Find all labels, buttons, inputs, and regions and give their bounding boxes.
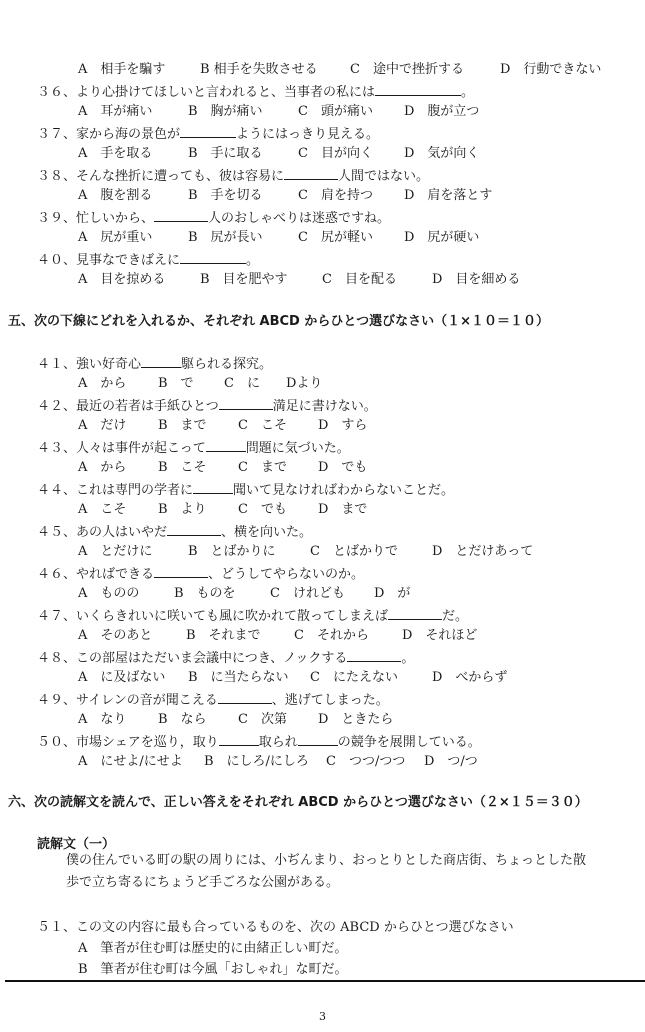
- question-number: ４８、: [37, 651, 76, 666]
- question-text-end: 、逃げてしまった。: [272, 693, 389, 708]
- option-a: A に及ばない: [78, 670, 188, 686]
- option-d: D が: [374, 586, 410, 602]
- q47-options: A そのあとB それまでC それからD それほど: [78, 628, 477, 644]
- passage-line: 歩で立ち寄るにちょうど手ごろな公園がある。: [66, 872, 636, 894]
- question-text: より心掛けてほしいと言われると、当事者の私には: [76, 85, 375, 100]
- q49-options: A なりB ならC 次第D ときたら: [78, 712, 393, 728]
- answer-blank: [180, 251, 246, 264]
- option-d: D 尻が硬い: [404, 230, 479, 246]
- option-c: C 途中で挫折する: [350, 62, 500, 78]
- option-c: C でも: [238, 502, 318, 518]
- option-a: A 耳が痛い: [78, 104, 188, 120]
- option-a: A そのあと: [78, 628, 186, 644]
- answer-blank: [206, 439, 246, 452]
- answer-blank: [219, 733, 259, 746]
- option-b: B ものを: [174, 586, 270, 602]
- option-d: Dより: [286, 376, 322, 392]
- option-d: D 気が向く: [404, 146, 479, 162]
- question-47: ４７、いくらきれいに咲いても風に吹かれて散ってしまえばだ。: [37, 607, 468, 625]
- option-c: C けれども: [270, 586, 374, 602]
- answer-blank: [218, 691, 272, 704]
- question-number: ３９、: [37, 211, 76, 226]
- question-text-end: ようにはっきり見える。: [236, 127, 379, 142]
- option-c: C 尻が軽い: [298, 230, 404, 246]
- answer-blank: [167, 523, 221, 536]
- option-d: D でも: [318, 460, 367, 476]
- option-d: D つ/つ: [424, 754, 478, 770]
- answer-blank: [284, 167, 338, 180]
- question-text-end: 人のおしゃべりは迷惑ですね。: [208, 211, 390, 226]
- answer-blank: [375, 83, 461, 96]
- question-number: ４２、: [37, 399, 76, 414]
- question-51: ５１、この文の内容に最も合っているものを、次の ABCD からひとつ選びなさい: [37, 920, 514, 936]
- question-50: ５０、市場シェアを巡り，取り取られの競争を展開している。: [37, 733, 481, 751]
- q50-options: A にせよ/にせよB にしろ/にしろC つつ/つつD つ/つ: [78, 754, 478, 770]
- option-c: C 目が向く: [298, 146, 404, 162]
- option-b: B とばかりに: [188, 544, 310, 560]
- q41-options: A からB でC にDより: [78, 376, 322, 392]
- option-a: A 手を取る: [78, 146, 188, 162]
- question-40: ４０、見事なできばえに。: [37, 251, 259, 269]
- question-44: ４４、これは専門の学者に聞いて見なければわからないことだ。: [37, 481, 454, 499]
- question-text-end: だ。: [442, 609, 468, 624]
- question-text-end: 駆られる探究。: [181, 357, 272, 372]
- option-a: A 相手を騙す: [78, 62, 200, 78]
- question-37: ３７、家から海の景色がようにはっきり見える。: [37, 125, 379, 143]
- answer-blank: [141, 355, 181, 368]
- answer-blank: [154, 565, 208, 578]
- option-b: B 目を肥やす: [200, 272, 322, 288]
- option-a: A こそ: [78, 502, 158, 518]
- question-text-end: 。: [401, 651, 414, 666]
- question-text: 市場シェアを巡り，取り: [76, 735, 219, 750]
- option-d: D すら: [318, 418, 367, 434]
- option-d: D まで: [318, 502, 367, 518]
- question-number: ４１、: [37, 357, 76, 372]
- question-41: ４１、強い好奇心駆られる探究。: [37, 355, 272, 373]
- question-text-end: の競争を展開している。: [338, 735, 481, 750]
- option-c: C 次第: [238, 712, 318, 728]
- option-a: A から: [78, 460, 158, 476]
- section-6-heading: 六、次の読解文を読んで、正しい答えをそれぞれ ABCD からひとつ選びなさい（２…: [8, 795, 588, 811]
- question-text: あの人はいやだ: [76, 525, 167, 540]
- question-number: ５１、: [37, 920, 76, 935]
- question-text-end: 聞いて見なければわからないことだ。: [233, 483, 454, 498]
- option-b: B こそ: [158, 460, 238, 476]
- option-c: C つつ/つつ: [326, 754, 424, 770]
- answer-blank: [347, 649, 401, 662]
- option-c: C こそ: [238, 418, 318, 434]
- passage-line: 僕の住んでいる町の駅の周りには、小ぢんまり、おっとりとした商店街、ちょっとした散: [66, 850, 636, 872]
- option-d: D 行動できない: [500, 62, 601, 78]
- option-b: B 手に取る: [188, 146, 298, 162]
- question-number: ４０、: [37, 253, 76, 268]
- question-42: ４２、最近の若者は手紙ひとつ満足に書けない。: [37, 397, 377, 415]
- exam-page: A 相手を騙すB 相手を失敗させるC 途中で挫折するD 行動できない ３６、より…: [0, 0, 645, 1032]
- option-b: B 相手を失敗させる: [200, 62, 350, 78]
- q44-options: A こそB よりC でもD まで: [78, 502, 367, 518]
- question-text-end: 人間ではない。: [338, 169, 429, 184]
- option-a: A から: [78, 376, 158, 392]
- question-text-end: 、横を向いた。: [221, 525, 312, 540]
- page-number: 3: [0, 1010, 645, 1023]
- q36-options: A 耳が痛いB 胸が痛いC 頭が痛いD 腹が立つ: [78, 104, 479, 120]
- option-c: C にたえない: [310, 670, 432, 686]
- question-49: ４９、サイレンの音が聞こえる、逃げてしまった。: [37, 691, 389, 709]
- question-45: ４５、あの人はいやだ、横を向いた。: [37, 523, 312, 541]
- option-b: B それまで: [186, 628, 294, 644]
- section-5-heading: 五、次の下線にどれを入れるか、それぞれ ABCD からひとつ選びなさい（１×１０…: [8, 314, 549, 330]
- option-b: B に当たらない: [188, 670, 310, 686]
- option-a: A 尻が重い: [78, 230, 188, 246]
- question-text: やればできる: [76, 567, 154, 582]
- q45-options: A とだけにB とばかりにC とばかりでD とだけあって: [78, 544, 533, 560]
- option-c: C とばかりで: [310, 544, 432, 560]
- option-b: B 手を切る: [188, 188, 298, 204]
- question-text: この文の内容に最も合っているものを、次の ABCD からひとつ選びなさい: [76, 920, 514, 935]
- option-d: D ときたら: [318, 712, 393, 728]
- question-text-end: 。: [246, 253, 259, 268]
- option-b: B より: [158, 502, 238, 518]
- question-text: これは専門の学者に: [76, 483, 193, 498]
- answer-blank-2: [298, 733, 338, 746]
- option-d: D 腹が立つ: [404, 104, 479, 120]
- option-a: A ものの: [78, 586, 174, 602]
- q39-options: A 尻が重いB 尻が長いC 尻が軽いD 尻が硬い: [78, 230, 479, 246]
- option-d: D 肩を落とす: [404, 188, 492, 204]
- q40-options: A 目を掠めるB 目を肥やすC 目を配るD 目を細める: [78, 272, 520, 288]
- question-43: ４３、人々は事件が起こって問題に気づいた。: [37, 439, 350, 457]
- question-number: ３６、: [37, 85, 76, 100]
- option-b: B なら: [158, 712, 238, 728]
- answer-blank: [388, 607, 442, 620]
- q43-options: A からB こそC までD でも: [78, 460, 367, 476]
- question-48: ４８、この部屋はただいま会議中につき、ノックする。: [37, 649, 414, 667]
- option-d: D べからず: [432, 670, 507, 686]
- option-a: A とだけに: [78, 544, 188, 560]
- question-text-mid: 取られ: [259, 735, 298, 750]
- answer-blank: [180, 125, 236, 138]
- reading-passage: 僕の住んでいる町の駅の周りには、小ぢんまり、おっとりとした商店街、ちょっとした散…: [66, 850, 636, 894]
- option-c: C 頭が痛い: [298, 104, 404, 120]
- page-divider: [5, 980, 645, 982]
- question-text: サイレンの音が聞こえる: [76, 693, 218, 708]
- option-c: C それから: [294, 628, 402, 644]
- question-text: いくらきれいに咲いても風に吹かれて散ってしまえば: [76, 609, 388, 624]
- question-number: ４５、: [37, 525, 76, 540]
- question-46: ４６、やればできる、どうしてやらないのか。: [37, 565, 364, 583]
- q46-options: A もののB ものをC けれどもD が: [78, 586, 410, 602]
- question-text: そんな挫折に遭っても、彼は容易に: [76, 169, 284, 184]
- answer-blank: [154, 209, 208, 222]
- question-text-end: 、どうしてやらないのか。: [208, 567, 364, 582]
- option-c: C 目を配る: [322, 272, 432, 288]
- question-36: ３６、より心掛けてほしいと言われると、当事者の私には。: [37, 83, 474, 101]
- question-number: ４３、: [37, 441, 76, 456]
- option-d: D それほど: [402, 628, 477, 644]
- q35-options: A 相手を騙すB 相手を失敗させるC 途中で挫折するD 行動できない: [78, 62, 601, 78]
- option-c: C まで: [238, 460, 318, 476]
- question-number: ４９、: [37, 693, 76, 708]
- question-38: ３８、そんな挫折に遭っても、彼は容易に人間ではない。: [37, 167, 429, 185]
- question-number: ５０、: [37, 735, 76, 750]
- option-b: B にしろ/にしろ: [204, 754, 326, 770]
- question-text: 強い好奇心: [76, 357, 141, 372]
- option-b: B で: [158, 376, 224, 392]
- question-text: 人々は事件が起こって: [76, 441, 206, 456]
- answer-blank: [193, 481, 233, 494]
- option-a: A なり: [78, 712, 158, 728]
- option-b: B 尻が長い: [188, 230, 298, 246]
- question-text: この部屋はただいま会議中につき、ノックする: [76, 651, 347, 666]
- question-text-end: 満足に書けない。: [273, 399, 377, 414]
- option-b: B まで: [158, 418, 238, 434]
- question-text-end: 問題に気づいた。: [246, 441, 350, 456]
- question-number: ４４、: [37, 483, 76, 498]
- option-b: B 胸が痛い: [188, 104, 298, 120]
- q37-options: A 手を取るB 手に取るC 目が向くD 気が向く: [78, 146, 479, 162]
- q38-options: A 腹を割るB 手を切るC 肩を持つD 肩を落とす: [78, 188, 492, 204]
- question-text: 忙しいから、: [76, 211, 154, 226]
- question-text-end: 。: [461, 85, 474, 100]
- option-a: A 目を掠める: [78, 272, 200, 288]
- question-number: ３８、: [37, 169, 76, 184]
- q51-option-a: A 筆者が住む町は歴史的に由緒正しい町だ。: [78, 941, 347, 957]
- option-a: A にせよ/にせよ: [78, 754, 204, 770]
- question-number: ４６、: [37, 567, 76, 582]
- question-39: ３９、忙しいから、人のおしゃべりは迷惑ですね。: [37, 209, 390, 227]
- option-a: A だけ: [78, 418, 158, 434]
- option-a: A 腹を割る: [78, 188, 188, 204]
- q51-option-b: B 筆者が住む町は今風「おしゃれ」な町だ。: [78, 962, 348, 978]
- option-c: C に: [224, 376, 286, 392]
- option-c: C 肩を持つ: [298, 188, 404, 204]
- option-d: D 目を細める: [432, 272, 520, 288]
- q42-options: A だけB までC こそD すら: [78, 418, 367, 434]
- question-text: 家から海の景色が: [76, 127, 180, 142]
- question-number: ４７、: [37, 609, 76, 624]
- option-d: D とだけあって: [432, 544, 533, 560]
- question-text: 見事なできばえに: [76, 253, 180, 268]
- q48-options: A に及ばないB に当たらないC にたえないD べからず: [78, 670, 507, 686]
- question-number: ３７、: [37, 127, 76, 142]
- answer-blank: [219, 397, 273, 410]
- question-text: 最近の若者は手紙ひとつ: [76, 399, 219, 414]
